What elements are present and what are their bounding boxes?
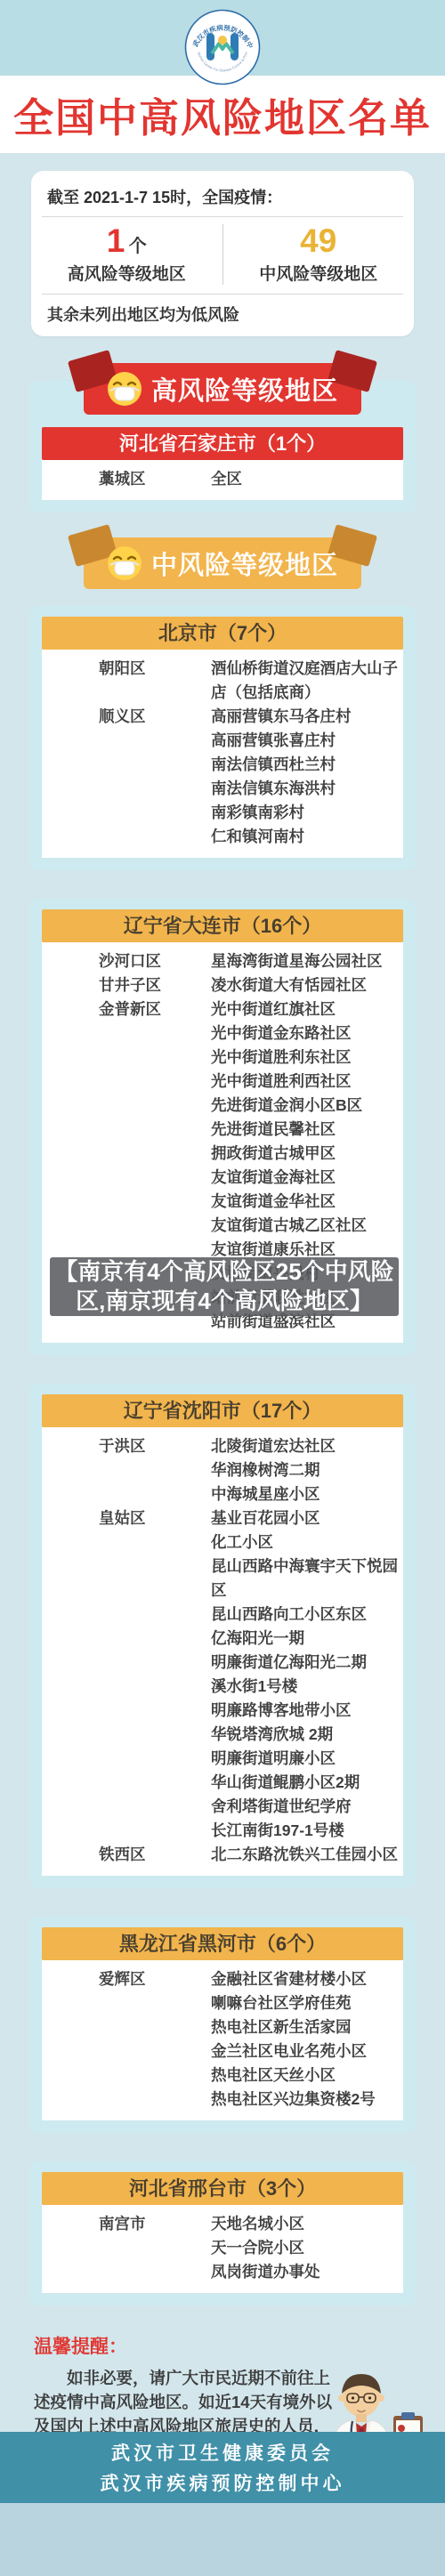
medium-risk-city-list: 北京市（7个） 朝阳区 酒仙桥街道汉庭酒店大山子店（包括底商） 顺义区 高丽营镇… [0,606,445,2305]
place-item: 光中街道金东路社区 [211,1022,400,1046]
place-item: 溪水街1号楼 [211,1675,400,1699]
place-list: 北陵街道宏达社区华润橡树湾二期中海城星座小区 [211,1434,403,1506]
place-item: 酒仙桥街道汉庭酒店大山子店（包括底商） [211,657,400,705]
district-row: 于洪区 北陵街道宏达社区华润橡树湾二期中海城星座小区 [42,1434,403,1506]
footer-org-2: 武汉市疾病预防控制中心 [101,2469,345,2496]
city-card: 北京市（7个） 朝阳区 酒仙桥街道汉庭酒店大山子店（包括底商） 顺义区 高丽营镇… [29,606,416,870]
wuhan-cdc-logo: 武汉市疾病预防控制中心 Wuhan Center For Disease Con… [184,9,261,85]
place-item: 北二东路沈铁兴工佳园小区 [211,1843,400,1867]
place-list: 北二东路沈铁兴工佳园小区 [211,1843,403,1867]
medium-risk-banner-label: 中风险等级地区 [151,545,338,582]
bottom-strip [0,2503,445,2576]
place-item: 南法信镇东海洪村 [211,777,400,801]
place-item: 高丽营镇东马各庄村 [211,705,400,729]
as-of-date: 截至 2021-1-7 15时，全国疫情： [31,180,414,216]
place-item: 先进街道金润小区B区 [211,1094,400,1118]
district-label: 于洪区 [42,1434,211,1506]
city-body: 于洪区 北陵街道宏达社区华润橡树湾二期中海城星座小区 皇姑区 基业百花园小区化工… [42,1427,403,1876]
place-item: 明廉路博客地带小区 [211,1699,400,1723]
place-item: 明廉街道亿海阳光二期 [211,1651,400,1675]
place-item: 天地名城小区 [211,2212,400,2236]
city-card: 河北省邢台市（3个） 南宫市 天地名城小区天一合院小区凤岗街道办事处 [29,2161,416,2305]
district-row: 朝阳区 酒仙桥街道汉庭酒店大山子店（包括底商） [42,657,403,705]
city-body: 爱辉区 金融社区省建材楼小区喇嘛台社区学府佳苑热电社区新生活家园金兰社区电业名苑… [42,1960,403,2120]
footer-org-1: 武汉市卫生健康委员会 [111,2439,334,2466]
place-item: 拥政街道古城甲区 [211,1142,400,1166]
reminder-title: 温馨提醒： [34,2332,418,2359]
infographic-page: 武汉市疾病预防控制中心 Wuhan Center For Disease Con… [0,0,445,2576]
city-header: 辽宁省沈阳市（17个） [42,1394,403,1427]
place-item: 华山街道鲲鹏小区2期 [211,1771,400,1795]
medium-risk-stat: 49 中风险等级地区 [222,224,415,285]
district-label: 朝阳区 [42,657,211,705]
district-row: 铁西区 北二东路沈铁兴工佳园小区 [42,1843,403,1867]
place-item: 昆山西路中海寰宇天下悦园区 [211,1554,400,1603]
place-list: 天地名城小区天一合院小区凤岗街道办事处 [211,2212,403,2284]
place-item: 喇嘛台社区学府佳苑 [211,1991,400,2015]
city-header: 黑龙江省黑河市（6个） [42,1927,403,1960]
place-item: 全区 [211,467,400,491]
place-item: 昆山西路向工小区东区 [211,1603,400,1627]
place-item: 南彩镇南彩村 [211,801,400,825]
high-risk-banner: 高风险等级地区 [84,363,361,415]
place-item: 舍利塔街道世纪学府 [211,1795,400,1819]
place-list: 星海湾街道星海公园社区 [211,949,403,973]
mask-face-icon [107,371,142,407]
place-item: 仁和镇河南村 [211,825,400,849]
district-label: 南宫市 [42,2212,211,2284]
high-risk-unit: 个 [129,237,147,256]
district-label: 铁西区 [42,1843,211,1867]
medium-risk-banner: 中风险等级地区 [84,537,361,589]
title-band: 全国中高风险地区名单 [0,76,445,153]
place-item: 明廉街道明廉小区 [211,1747,400,1771]
city-body: 藁城区 全区 [42,460,403,500]
place-item: 友谊街道古城乙区社区 [211,1214,400,1238]
place-item: 热电社区新生活家园 [211,2015,400,2039]
high-risk-count: 1 [107,222,125,259]
place-list: 金融社区省建材楼小区喇嘛台社区学府佳苑热电社区新生活家园金兰社区电业名苑小区热电… [211,1967,403,2112]
city-card: 辽宁省沈阳市（17个） 于洪区 北陵街道宏达社区华润橡树湾二期中海城星座小区 皇… [29,1384,416,1888]
district-row: 藁城区 全区 [42,467,403,491]
district-row: 沙河口区 星海湾街道星海公园社区 [42,949,403,973]
high-risk-stat: 1 个 高风险等级地区 [31,224,222,285]
district-label: 甘井子区 [42,973,211,997]
place-item: 化工小区 [211,1530,400,1554]
place-list: 基业百花园小区化工小区昆山西路中海寰宇天下悦园区昆山西路向工小区东区亿海阳光一期… [211,1506,403,1843]
mask-face-icon [107,545,142,581]
district-label: 沙河口区 [42,949,211,973]
footer: 武汉市卫生健康委员会 武汉市疾病预防控制中心 [0,2432,445,2503]
medium-risk-count: 49 [300,222,336,259]
district-row: 皇姑区 基业百花园小区化工小区昆山西路中海寰宇天下悦园区昆山西路向工小区东区亿海… [42,1506,403,1843]
high-risk-label: 高风险等级地区 [31,261,222,285]
district-row: 南宫市 天地名城小区天一合院小区凤岗街道办事处 [42,2212,403,2284]
news-caption-overlay: 【南京有4个高风险区25个中风险区,南京现有4个高风险地区】 [50,1257,399,1316]
place-item: 先进街道民馨社区 [211,1118,400,1142]
place-item: 北陵街道宏达社区 [211,1434,400,1458]
city-header: 河北省邢台市（3个） [42,2172,403,2205]
place-item: 凤岗街道办事处 [211,2260,400,2284]
place-item: 星海湾街道星海公园社区 [211,949,400,973]
stats-card: 截至 2021-1-7 15时，全国疫情： 1 个 高风险等级地区 49 中风险… [31,171,414,336]
place-item: 金融社区省建材楼小区 [211,1967,400,1991]
medium-risk-label: 中风险等级地区 [223,261,415,285]
city-body: 南宫市 天地名城小区天一合院小区凤岗街道办事处 [42,2205,403,2293]
city-header: 河北省石家庄市（1个） [42,427,403,460]
place-item: 热电社区兴边集资楼2号 [211,2087,400,2112]
high-risk-banner-label: 高风险等级地区 [151,371,338,408]
place-list: 全区 [211,467,403,491]
place-item: 南法信镇西杜兰村 [211,753,400,777]
place-item: 华锐塔湾欣城 2期 [211,1723,400,1747]
district-label: 藁城区 [42,467,211,491]
place-item: 中海城星座小区 [211,1482,400,1506]
place-item: 基业百花园小区 [211,1506,400,1530]
district-row: 甘井子区 凌水街道大有恬园社区 [42,973,403,997]
district-label: 顺义区 [42,705,211,849]
page-title: 全国中高风险地区名单 [13,85,432,143]
district-row: 顺义区 高丽营镇东马各庄村高丽营镇张喜庄村南法信镇西杜兰村南法信镇东海洪村南彩镇… [42,705,403,849]
city-card: 黑龙江省黑河市（6个） 爱辉区 金融社区省建材楼小区喇嘛台社区学府佳苑热电社区新… [29,1917,416,2133]
place-item: 光中街道红旗社区 [211,997,400,1022]
stats-row: 1 个 高风险等级地区 49 中风险等级地区 [31,217,414,294]
place-list: 酒仙桥街道汉庭酒店大山子店（包括底商） [211,657,403,705]
place-list: 高丽营镇东马各庄村高丽营镇张喜庄村南法信镇西杜兰村南法信镇东海洪村南彩镇南彩村仁… [211,705,403,849]
district-row: 爱辉区 金融社区省建材楼小区喇嘛台社区学府佳苑热电社区新生活家园金兰社区电业名苑… [42,1967,403,2112]
place-item: 光中街道胜利东社区 [211,1046,400,1070]
place-item: 亿海阳光一期 [211,1627,400,1651]
place-item: 友谊街道金海社区 [211,1166,400,1190]
low-risk-note: 其余未列出地区均为低风险 [31,295,414,329]
place-list: 凌水街道大有恬园社区 [211,973,403,997]
place-item: 光中街道胜利西社区 [211,1070,400,1094]
place-item: 热电社区天丝小区 [211,2063,400,2087]
place-item: 凌水街道大有恬园社区 [211,973,400,997]
city-body: 朝阳区 酒仙桥街道汉庭酒店大山子店（包括底商） 顺义区 高丽营镇东马各庄村高丽营… [42,650,403,858]
place-item: 高丽营镇张喜庄村 [211,729,400,753]
place-item: 长江南街197-1号楼 [211,1819,400,1843]
place-item: 天一合院小区 [211,2236,400,2260]
city-header: 北京市（7个） [42,617,403,650]
place-item: 华润橡树湾二期 [211,1458,400,1482]
district-label: 爱辉区 [42,1967,211,2112]
place-item: 友谊街道金华社区 [211,1190,400,1214]
place-item: 金兰社区电业名苑小区 [211,2039,400,2063]
district-label: 皇姑区 [42,1506,211,1843]
city-header: 辽宁省大连市（16个） [42,909,403,942]
